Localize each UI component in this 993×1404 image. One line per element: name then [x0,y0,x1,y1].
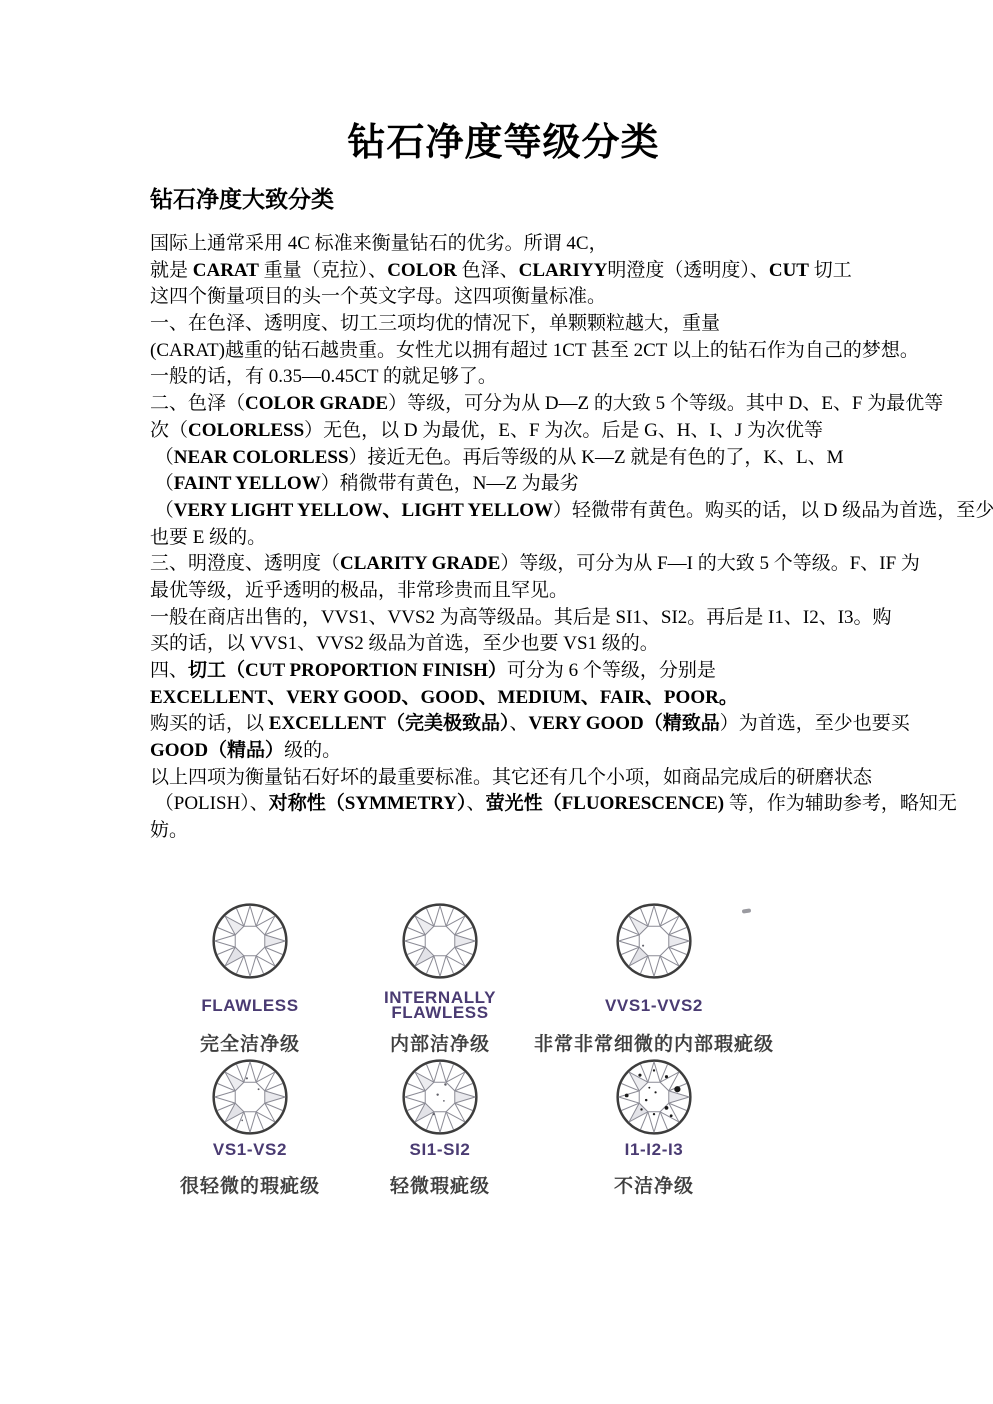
body-line: （FAINT YELLOW）稍微带有黄色，N—Z 为最劣 [150,471,890,498]
body-text-run: ）轻微带有黄色。购买的话，以 D 级品为首选，至少 [553,500,993,521]
clarity-grade-cell: INTERNALLYFLAWLESS内部洁净级 [330,902,550,1056]
grade-label: SI1-SI2 [410,1140,471,1158]
stray-mark [742,908,751,913]
body-line: 一、在色泽、透明度、切工三项均优的情况下，单颗颗粒越大，重量 [150,311,890,338]
diamond-illustration [211,1058,289,1136]
grade-label: VVS1-VVS2 [605,984,703,1026]
grade-label-line: FLAWLESS [384,1005,496,1020]
inclusion-mark [648,1087,650,1089]
body-text-run: 国际上通常采用 4C 标准来衡量钻石的优劣。所谓 4C， [150,233,608,254]
clarity-grade-cell: VVS1-VVS2非常非常细微的内部瑕疵级 [514,902,794,1056]
body-text-bold: CARAT [193,260,259,281]
body-text-run: （ [150,447,174,468]
body-text-bold: CLARITY GRADE [340,553,500,574]
grade-caption-cn: 内部洁净级 [390,1029,490,1056]
diamond-illustration [615,1058,693,1136]
body-line: （NEAR COLORLESS）接近无色。再后等级的从 K—Z 就是有色的了，K… [150,445,890,472]
body-text-run: ）无色，以 D 为最优，E、F 为次。后是 G、H、I、J 为次优等 [304,420,823,441]
body-text-run: 明澄度（透明度）、 [607,260,769,281]
body-text-run: ）接近无色。再后等级的从 K—Z 就是有色的了，K、L、M [349,447,844,468]
body-line: 这四个衡量项目的头一个英文字母。这四项衡量标准。 [150,284,890,311]
body-line: 一般在商店出售的，VVS1、VVS2 为高等级品。其后是 SI1、SI2。再后是… [150,605,890,632]
grade-caption-cn: 轻微瑕疵级 [390,1171,490,1198]
diamond-illustration [401,1058,479,1136]
diamond-illustration [615,902,693,980]
inclusion-mark [640,1108,642,1110]
body-line: 就是 CARAT 重量（克拉）、COLOR 色泽、CLARIYY明澄度（透明度）… [150,258,890,285]
body-text-run: 以上四项为衡量钻石好坏的最重要标准。其它还有几个小项，如商品完成后的研磨状态 [150,767,872,788]
body-line: 购买的话，以 EXCELLENT（完美极致品）、VERY GOOD（精致品）为首… [150,711,890,738]
body-text-run: ）等级，可分为从 F—I 的大致 5 个等级。F、IF 为 [500,553,920,574]
body-text-run: 四、 [150,660,188,681]
body-text-run: 等，作为辅助参考，略知无 [724,793,957,814]
body-text-run: 、 [467,793,486,814]
inclusion-mark [638,1074,641,1077]
body-line: 四、切工（CUT PROPORTION FINISH）可分为 6 个等级，分别是 [150,658,890,685]
body-line: GOOD（精品）级的。 [150,738,890,765]
body-text-run: 妨。 [150,820,188,841]
body-text-bold: 对称性（SYMMETRY） [269,793,467,814]
grade-label: INTERNALLYFLAWLESS [384,984,496,1026]
inclusion-mark [665,1075,668,1078]
grade-label-line: VVS1-VVS2 [605,998,703,1013]
body-line: (CARAT)越重的钻石越贵重。女性尤以拥有超过 1CT 甚至 2CT 以上的钻… [150,338,890,365]
inclusion-mark [653,1069,655,1071]
body-line: 买的话，以 VVS1、VVS2 级品为首选，至少也要 VS1 级的。 [150,631,890,658]
inclusion-mark [444,1083,446,1085]
body-line: 也要 E 级的。 [150,525,890,552]
body-line: 次（COLORLESS）无色，以 D 为最优，E、F 为次。后是 G、H、I、J… [150,418,890,445]
grade-caption-cn: 很轻微的瑕疵级 [180,1171,320,1198]
inclusion-mark [625,1094,629,1098]
body-text-run: (CARAT)越重的钻石越贵重。女性尤以拥有超过 1CT 甚至 2CT 以上的钻… [150,340,919,361]
inclusion-mark [654,1091,656,1093]
inclusion-mark [645,1099,647,1101]
diamond-illustration [401,902,479,980]
body-text-run: 一般在商店出售的，VVS1、VVS2 为高等级品。其后是 SI1、SI2。再后是… [150,607,892,628]
body-text-bold: NEAR COLORLESS [174,447,349,468]
body-text-run: 切工 [809,260,852,281]
body-text-bold: EXCELLENT、VERY GOOD、GOOD、MEDIUM、FAIR、POO… [150,687,738,708]
inclusion-mark [433,1113,435,1115]
grade-label-line: SI1-SI2 [410,1142,471,1157]
body-text-run: 级的。 [284,740,341,761]
body-text-run: 、 [509,713,528,734]
section-heading: 钻石净度大致分类 [150,181,334,214]
body-line: 国际上通常采用 4C 标准来衡量钻石的优劣。所谓 4C， [150,231,890,258]
inclusion-mark [246,1077,248,1079]
body-line: （VERY LIGHT YELLOW、LIGHT YELLOW）轻微带有黄色。购… [150,498,890,525]
diamond-illustration [211,902,289,980]
body-text-bold: GOOD（精品） [150,740,284,761]
body-text-bold: CLARIYY [519,260,608,281]
body-text-run: 次（ [150,420,188,441]
body-text-run: 一、在色泽、透明度、切工三项均优的情况下，单颗颗粒越大，重量 [150,313,720,334]
body-line: 以上四项为衡量钻石好坏的最重要标准。其它还有几个小项，如商品完成后的研磨状态 [150,765,890,792]
grade-label: FLAWLESS [201,984,298,1026]
body-text-run: （ [150,500,174,521]
inclusion-mark [642,945,644,947]
body-text-bold: CUT [769,260,809,281]
clarity-grade-cell: I1-I2-I3不洁净级 [514,1058,794,1198]
grade-label-line: I1-I2-I3 [625,1142,684,1157]
body-text-bold: EXCELLENT（完美极致品） [269,713,510,734]
body-text-bold: COLORLESS [188,420,304,441]
body-text-run: ）稍微带有黄色，N—Z 为最劣 [321,473,579,494]
body-line: EXCELLENT、VERY GOOD、GOOD、MEDIUM、FAIR、POO… [150,685,890,712]
body-line: 二、色泽（COLOR GRADE）等级，可分为从 D—Z 的大致 5 个等级。其… [150,391,890,418]
body-text-bold: FAINT YELLOW [174,473,321,494]
grade-label-line: VS1-VS2 [213,1142,287,1157]
body-line: 最优等级，近乎透明的极品，非常珍贵而且罕见。 [150,578,890,605]
grade-caption-cn: 不洁净级 [614,1171,694,1198]
inclusion-mark [670,1114,673,1117]
inclusion-mark [436,1093,438,1095]
clarity-grade-cell: VS1-VS2很轻微的瑕疵级 [140,1058,360,1198]
inclusion-mark [443,1100,445,1102]
body-line: 一般的话，有 0.35—0.45CT 的就足够了。 [150,364,890,391]
document-page: 钻石净度等级分类 钻石净度大致分类 国际上通常采用 4C 标准来衡量钻石的优劣。… [0,0,993,1404]
body-text-bold: VERY LIGHT YELLOW、LIGHT YELLOW [174,500,553,521]
clarity-grade-cell: SI1-SI2轻微瑕疵级 [330,1058,550,1198]
inclusion-mark [674,1086,680,1092]
grade-label-line: INTERNALLY [384,990,496,1005]
body-text-run: 也要 E 级的。 [150,527,266,548]
body-text-run: （ [150,473,174,494]
grade-label: I1-I2-I3 [625,1140,684,1158]
inclusion-mark [241,1120,243,1122]
body-text-run: ）为首选，至少也要买 [720,713,910,734]
body-line: 三、明澄度、透明度（CLARITY GRADE）等级，可分为从 F—I 的大致 … [150,551,890,578]
body-text-bold: COLOR [387,260,457,281]
inclusion-mark [258,1088,260,1090]
body-text-bold: COLOR GRADE [245,393,388,414]
page-title: 钻石净度等级分类 [150,111,857,166]
grade-label: VS1-VS2 [213,1140,287,1158]
body-text-run: 这四个衡量项目的头一个英文字母。这四项衡量标准。 [150,286,606,307]
grade-caption-cn: 完全洁净级 [200,1029,300,1056]
inclusion-mark [653,1113,655,1115]
body-text-run: 购买的话，以 [150,713,269,734]
clarity-grade-cell: FLAWLESS完全洁净级 [140,902,360,1056]
body-text-run: 最优等级，近乎透明的极品，非常珍贵而且罕见。 [150,580,568,601]
body-text-run: 一般的话，有 0.35—0.45CT 的就足够了。 [150,366,497,387]
body-text-bold: VERY GOOD（精致品 [528,713,719,734]
body-text-run: 重量（克拉）、 [259,260,387,281]
body-text-run: 色泽、 [457,260,519,281]
body-paragraph: 国际上通常采用 4C 标准来衡量钻石的优劣。所谓 4C，就是 CARAT 重量（… [150,231,890,845]
body-text-run: 可分为 6 个等级，分别是 [507,660,716,681]
body-text-run: 三、明澄度、透明度（ [150,553,340,574]
body-text-run: 二、色泽（ [150,393,245,414]
body-text-bold: 切工（CUT PROPORTION FINISH） [188,660,507,681]
body-text-run: ）等级，可分为从 D—Z 的大致 5 个等级。其中 D、E、F 为最优等 [388,393,943,414]
body-line: （POLISH）、对称性（SYMMETRY）、萤光性（FLUORESCENCE)… [150,791,890,818]
body-line: 妨。 [150,818,890,845]
body-text-run: 就是 [150,260,193,281]
grade-label-line: FLAWLESS [201,998,298,1013]
grade-caption-cn: 非常非常细微的内部瑕疵级 [534,1029,774,1056]
body-text-run: （POLISH）、 [150,793,269,814]
body-text-bold: 萤光性（FLUORESCENCE) [486,793,725,814]
inclusion-mark [665,1106,669,1110]
body-text-run: 买的话，以 VVS1、VVS2 级品为首选，至少也要 VS1 级的。 [150,633,659,654]
